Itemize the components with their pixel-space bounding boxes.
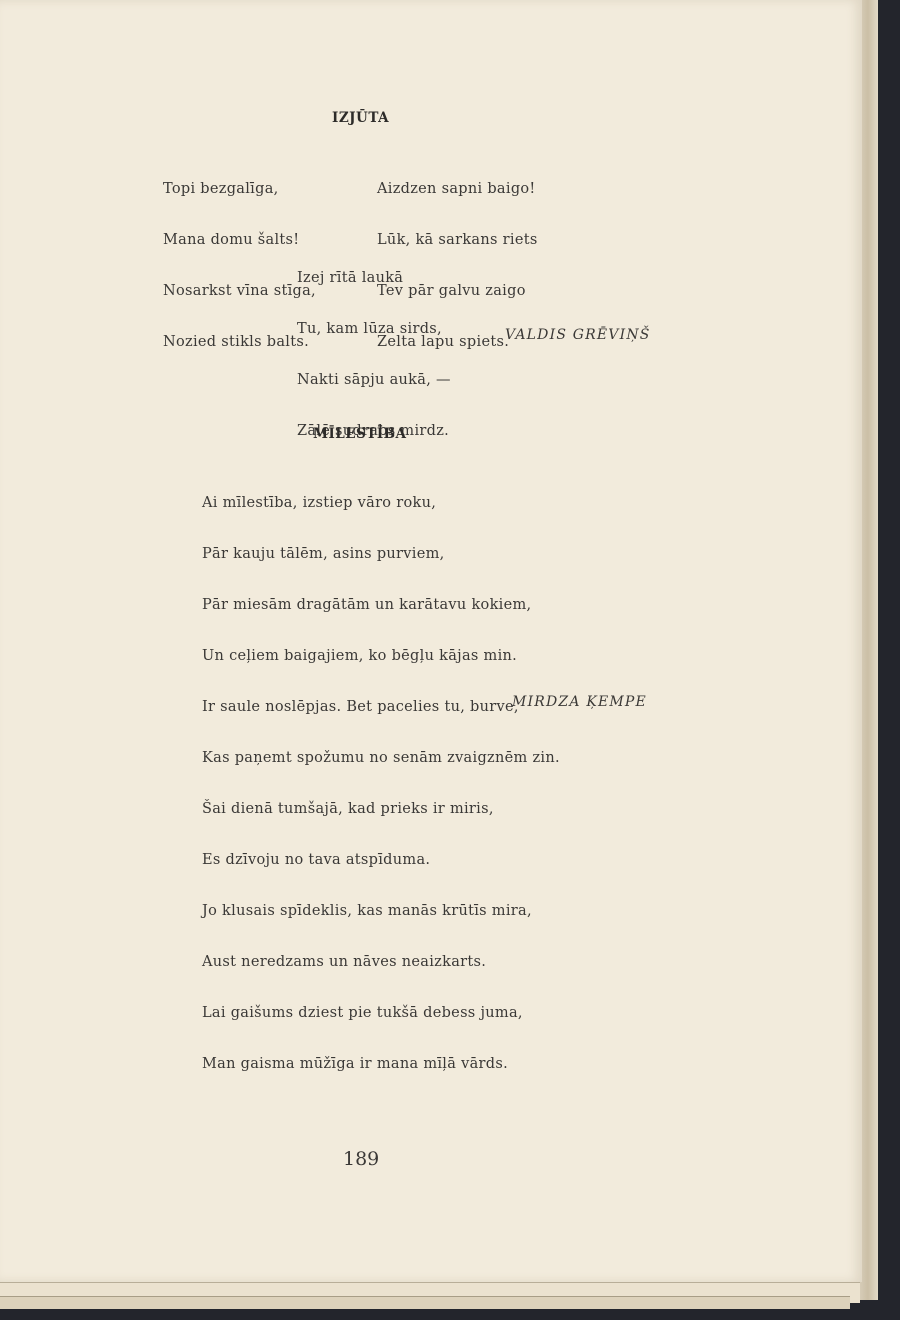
verse-line: Jo klusais spīdeklis, kas manās krūtīs m… (202, 903, 560, 920)
verse-line: Tu, kam lūza sirds, (297, 321, 451, 338)
verse-line: Aizdzen sapni baigo! (377, 181, 538, 198)
poem-author: MIRDZA ĶEMPE (512, 694, 647, 710)
poem-title: MĪLESTĪBA (313, 426, 407, 442)
verse-line: Aust neredzams un nāves neaizkarts. (202, 954, 560, 971)
verse-line: Mana domu šalts! (163, 232, 316, 249)
poem-title: IZJŪTA (332, 110, 389, 126)
verse-line: Izej rītā laukā (297, 270, 451, 287)
verse-line: Nakti sāpju aukā, — (297, 372, 451, 389)
verse-line: Pār kauju tālēm, asins purviem, (202, 546, 560, 563)
verse-line: Lai gaišums dziest pie tukšā debess juma… (202, 1005, 560, 1022)
book-page: IZJŪTA Topi bezgalīga, Mana domu šalts! … (0, 0, 862, 1282)
verse-line: Pār miesām dragātām un karātavu kokiem, (202, 597, 560, 614)
verse-line: Man gaisma mūžīga ir mana mīļā vārds. (202, 1056, 560, 1073)
verse-line: Kas paņemt spožumu no senām zvaigznēm zi… (202, 750, 560, 767)
verse-line: Ir saule noslēpjas. Bet pacelies tu, bur… (202, 699, 560, 716)
verse-line: Un ceļiem baigajiem, ko bēgļu kājas min. (202, 648, 560, 665)
verse-line: Nozied stikls balts. (163, 334, 316, 351)
stanza-left: Topi bezgalīga, Mana domu šalts! Nosarks… (163, 147, 316, 385)
poem-body: Ai mīlestība, izstiep vāro roku, Pār kau… (202, 461, 560, 1107)
poem-author: VALDIS GRĒVIŅŠ (505, 327, 651, 343)
verse-line: Šai dienā tumšajā, kad prieks ir miris, (202, 801, 560, 818)
page-stack-lower (0, 1296, 850, 1309)
page-number: 189 (343, 1148, 379, 1170)
verse-line: Topi bezgalīga, (163, 181, 316, 198)
verse-line: Ai mīlestība, izstiep vāro roku, (202, 495, 560, 512)
verse-line: Es dzīvoju no tava atspīduma. (202, 852, 560, 869)
verse-line: Nosarkst vīna stīga, (163, 283, 316, 300)
